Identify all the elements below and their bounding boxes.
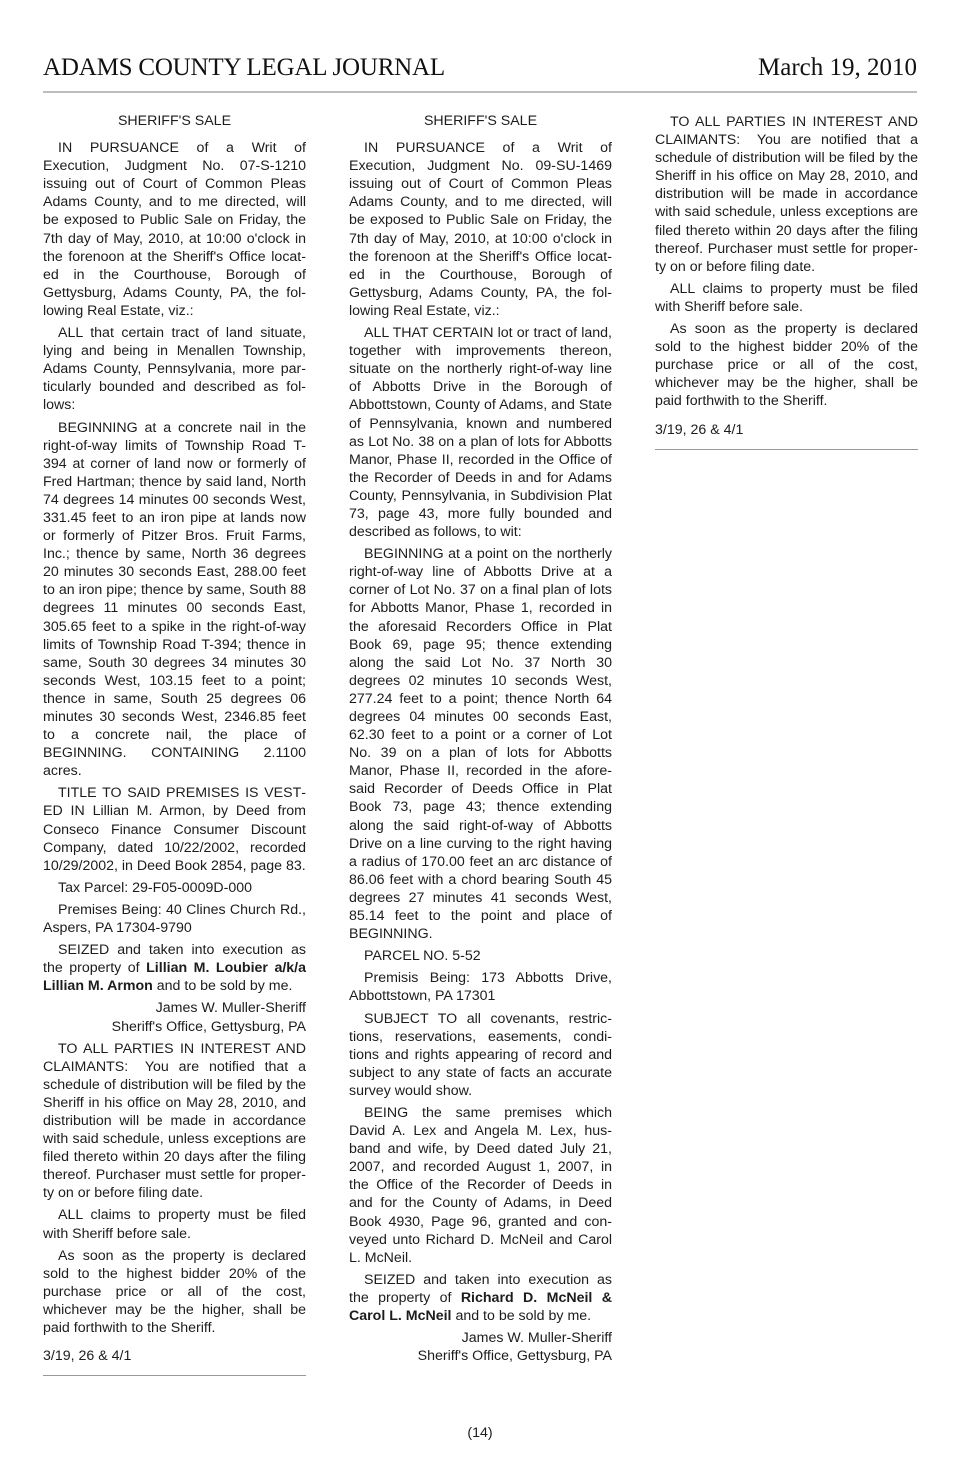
payment-notice: As soon as the property is declared sold… <box>655 320 918 410</box>
issue-date: March 19, 2010 <box>758 52 917 84</box>
premises-address: Premises Being: 40 Clines Church Rd., As… <box>43 901 306 937</box>
column-sheriff-sale-1: SHERIFF'S SALE IN PURSUANCE of a Writ of… <box>43 112 306 1376</box>
sheriff-office: Sheriff's Office, Gettysburg, PA <box>418 1348 612 1364</box>
writ-paragraph: IN PURSUANCE of a Writ of Execution, Jud… <box>43 139 306 320</box>
page-header: ADAMS COUNTY LEGAL JOURNAL March 19, 201… <box>43 52 917 84</box>
header-divider <box>43 91 917 93</box>
claims-notice: ALL claims to property must be filed wit… <box>655 280 918 316</box>
publication-run-dates: 3/19, 26 & 4/1 <box>43 1347 306 1365</box>
distribution-notice: TO ALL PARTIES IN INTEREST AND CLAIMANTS… <box>655 113 918 276</box>
land-description: ALL that certain tract of land situate, … <box>43 324 306 414</box>
sheriff-name: James W. Muller-Sheriff <box>156 1000 306 1016</box>
land-description: ALL THAT CERTAIN lot or tract of land, t… <box>349 324 612 541</box>
seizure-statement: SEIZED and taken into execution as the p… <box>349 1271 612 1325</box>
notice-heading: SHERIFF'S SALE <box>349 112 612 130</box>
signature-block: James W. Muller-SheriffSheriff's Office,… <box>43 999 306 1035</box>
sheriff-office: Sheriff's Office, Gettysburg, PA <box>112 1019 306 1035</box>
tax-parcel: Tax Parcel: 29-F05-0009D-000 <box>43 879 306 897</box>
distribution-notice: TO ALL PARTIES IN INTEREST AND CLAIMANTS… <box>43 1040 306 1203</box>
claims-notice: ALL claims to property must be filed wit… <box>43 1206 306 1242</box>
seizure-statement: SEIZED and taken into execution as the p… <box>43 941 306 995</box>
deed-history: BEING the same premises which David A. L… <box>349 1104 612 1267</box>
column-notice-continuation: TO ALL PARTIES IN INTEREST AND CLAIMANTS… <box>655 113 918 450</box>
boundary-description: BEGINNING at a point on the norther­ly r… <box>349 545 612 943</box>
column-sheriff-sale-2: SHERIFF'S SALE IN PURSUANCE of a Writ of… <box>349 112 612 1369</box>
title-vesting: TITLE TO SAID PREMISES IS VEST­ED IN Lil… <box>43 784 306 874</box>
publication-title: ADAMS COUNTY LEGAL JOURNAL <box>43 52 445 84</box>
publication-run-dates: 3/19, 26 & 4/1 <box>655 421 918 439</box>
parcel-number: PARCEL NO. 5-52 <box>349 947 612 965</box>
payment-notice: As soon as the property is declared sold… <box>43 1247 306 1337</box>
boundary-description: BEGINNING at a concrete nail in the righ… <box>43 419 306 781</box>
premises-address: Premisis Being: 173 Abbotts Drive, Abbot… <box>349 969 612 1005</box>
notice-end-divider <box>655 449 918 450</box>
notice-heading: SHERIFF'S SALE <box>43 112 306 130</box>
signature-block: James W. Muller-SheriffSheriff's Office,… <box>349 1329 612 1365</box>
subject-to-clause: SUBJECT TO all covenants, restric­tions,… <box>349 1010 612 1100</box>
sheriff-name: James W. Muller-Sheriff <box>462 1330 612 1346</box>
writ-paragraph: IN PURSUANCE of a Writ of Execution, Jud… <box>349 139 612 320</box>
page-number: (14) <box>0 1425 960 1441</box>
notice-end-divider <box>43 1375 306 1376</box>
